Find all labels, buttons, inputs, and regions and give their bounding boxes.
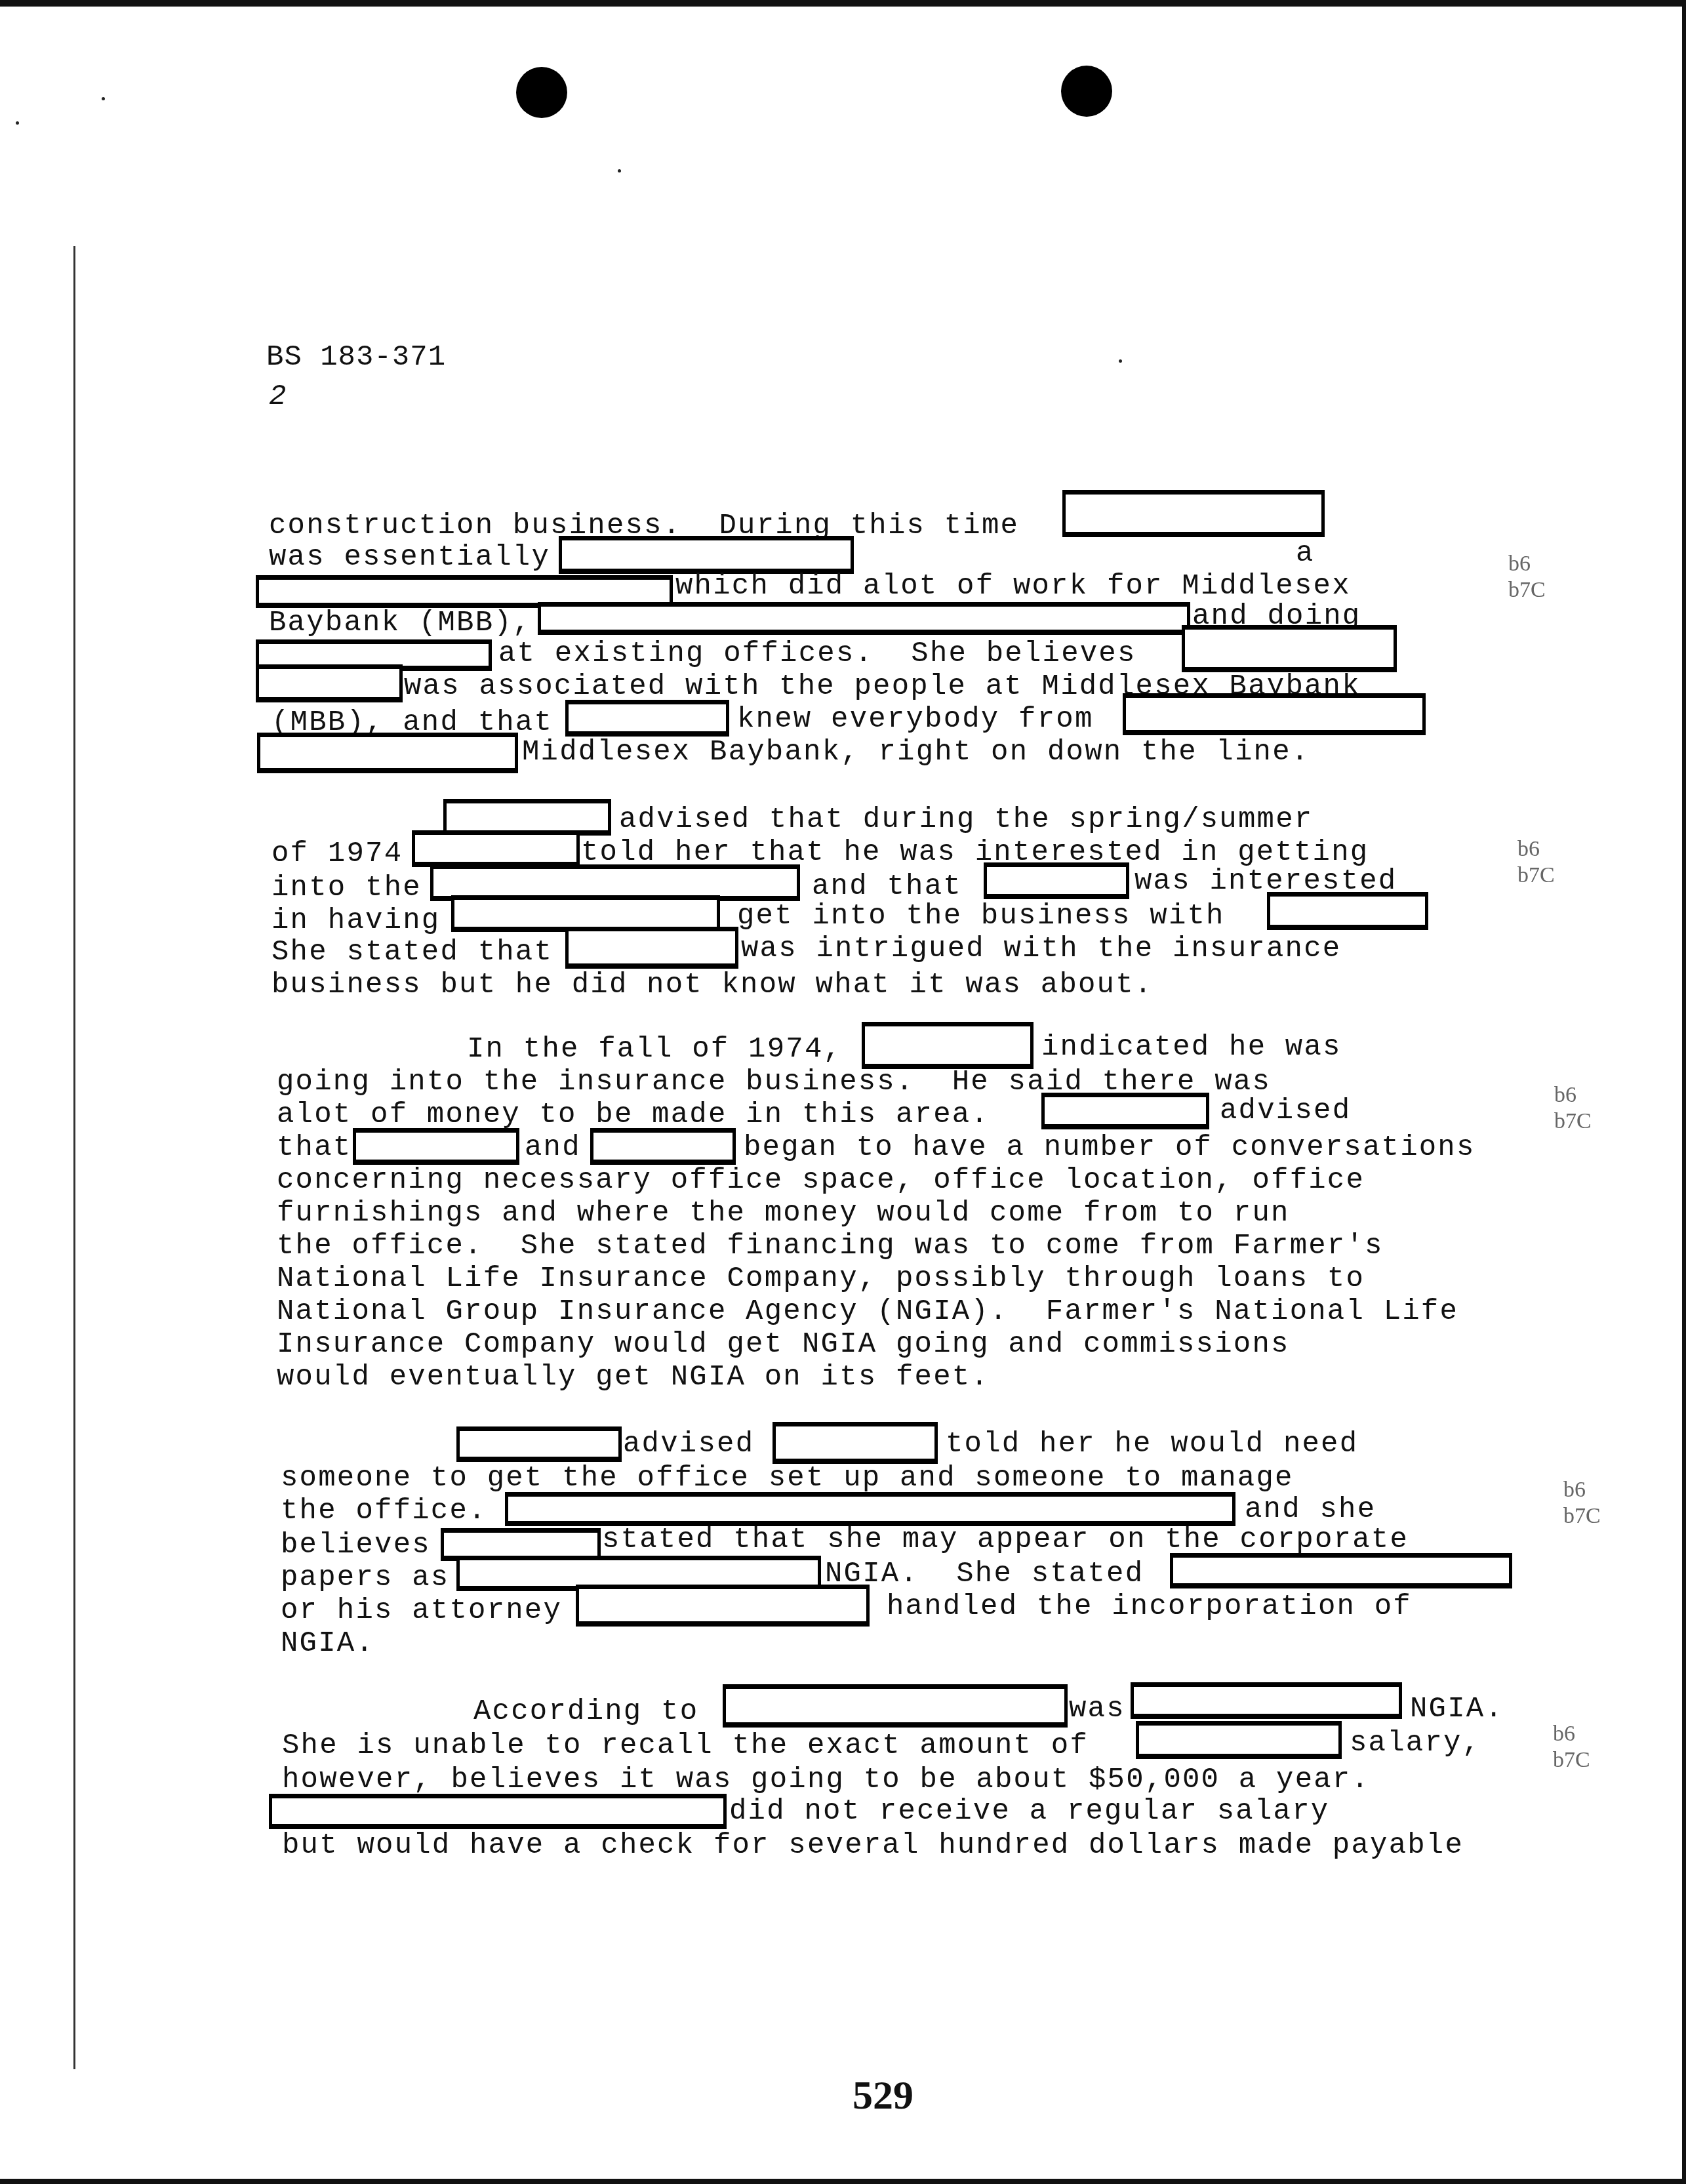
text-line: that [277,1133,351,1162]
text-line: NGIA. She stated [825,1560,1144,1588]
redaction-box [412,830,580,867]
text-line: According to [473,1697,698,1726]
text-line: furnishings and where the money would co… [277,1199,1290,1228]
text-line: She is unable to recall the exact amount… [282,1731,1089,1760]
redaction-box [269,1794,727,1829]
redaction-box [505,1492,1235,1526]
text-line: the office. She stated financing was to … [277,1232,1384,1261]
text-line: however, believes it was going to be abo… [282,1766,1370,1794]
text-line: or his attorney [281,1596,562,1625]
redaction-box [984,862,1129,899]
text-line: of 1974 [271,839,403,868]
text-line: told her he would need [946,1430,1358,1459]
redaction-box [1062,490,1325,537]
text-line: believes [281,1531,431,1560]
text-line: NGIA. [281,1629,374,1658]
redaction-box [456,1426,622,1462]
redaction-box [1131,1682,1402,1719]
text-line: but would have a check for several hundr… [282,1831,1464,1860]
redaction-box [565,700,729,737]
exemption-annotation: b6 b7C [1553,1721,1590,1773]
text-line: in having [271,906,440,935]
punch-hole-left [516,67,567,118]
redaction-box [576,1585,870,1627]
text-line: a [1296,539,1315,568]
redaction-box [1170,1553,1512,1588]
text-line: knew everybody from [737,705,1093,734]
text-line: get into the business with [737,902,1225,931]
redaction-box [256,664,403,702]
text-line: Insurance Company would get NGIA going a… [277,1330,1290,1359]
text-line: stated that she may appear on the corpor… [602,1526,1409,1554]
exemption-code: b7C [1554,1108,1592,1135]
exemption-annotation: b6 b7C [1508,551,1546,603]
redaction-box [723,1684,1068,1728]
text-line: concerning necessary office space, offic… [277,1166,1365,1195]
text-line: Baybank (MBB), [269,609,531,637]
text-line: told her that he was interested in getti… [581,838,1369,867]
text-line: and she [1245,1495,1376,1524]
redaction-box [353,1128,519,1165]
redaction-box [1123,693,1426,735]
redaction-box [257,733,518,773]
exemption-code: b6 [1563,1477,1601,1503]
punch-hole-right [1061,66,1112,117]
page-number: 529 [853,2073,913,2119]
redaction-box [773,1422,938,1464]
text-line: the office. [281,1497,487,1526]
text-line: NGIA. [1410,1695,1504,1724]
redaction-box [565,927,738,969]
redaction-box [1041,1093,1209,1129]
text-line: National Group Insurance Agency (NGIA). … [277,1297,1458,1326]
file-number: BS 183-371 [266,341,446,374]
text-line: was [1069,1695,1125,1724]
text-line: business but he did not know what it was… [271,971,1153,1000]
exemption-code: b7C [1508,577,1546,603]
text-line: advised [623,1430,754,1459]
exemption-code: b7C [1517,862,1555,889]
text-line: began to have a number of conversations [744,1133,1475,1162]
redaction-box [559,536,854,574]
exemption-code: b6 [1553,1721,1590,1747]
scan-edge-bottom [0,2179,1686,2184]
text-line: someone to get the office set up and som… [281,1464,1294,1493]
exemption-code: b7C [1553,1747,1590,1773]
text-line: into the [271,874,422,902]
exemption-annotation: b6 b7C [1554,1082,1592,1135]
text-line: papers as [281,1564,449,1592]
margin-rule [73,246,75,2069]
text-line: was intrigued with the insurance [741,935,1341,963]
scan-speck [102,97,105,100]
page-mark: 2 [269,380,287,413]
text-line: advised [1220,1097,1351,1125]
text-line: Middlesex Baybank, right on down the lin… [522,738,1310,767]
text-line: which did alot of work for Middlesex [675,572,1351,601]
text-line: was essentially [269,543,550,572]
exemption-code: b7C [1563,1503,1601,1529]
text-line: and [525,1133,581,1162]
text-line: In the fall of 1974, [467,1035,842,1064]
exemption-annotation: b6 b7C [1517,836,1555,889]
exemption-code: b6 [1554,1082,1592,1108]
scan-edge-right [1682,0,1686,2184]
redaction-box [1182,625,1397,672]
text-line: advised that during the spring/summer [619,805,1313,834]
redaction-box [538,602,1190,635]
text-line: would eventually get NGIA on its feet. [277,1363,990,1392]
scan-speck [1119,359,1122,363]
text-line: handled the incorporation of [887,1592,1412,1621]
exemption-code: b6 [1517,836,1555,862]
exemption-annotation: b6 b7C [1563,1477,1601,1529]
scan-speck [16,121,19,125]
text-line: indicated he was [1041,1033,1342,1062]
text-line: alot of money to be made in this area. [277,1101,990,1129]
text-line: salary, [1350,1729,1481,1758]
redaction-box [862,1022,1034,1069]
text-line: National Life Insurance Company, possibl… [277,1264,1365,1293]
redaction-box [1136,1721,1342,1759]
redaction-box [590,1128,736,1165]
text-line: and that [812,872,962,901]
text-line: at existing offices. She believes [498,639,1136,668]
text-line: She stated that [271,938,553,967]
exemption-code: b6 [1508,551,1546,577]
scan-speck [618,169,621,172]
redaction-box [1267,892,1428,930]
text-line: did not receive a regular salary [729,1797,1329,1826]
scan-edge-top [0,0,1686,7]
